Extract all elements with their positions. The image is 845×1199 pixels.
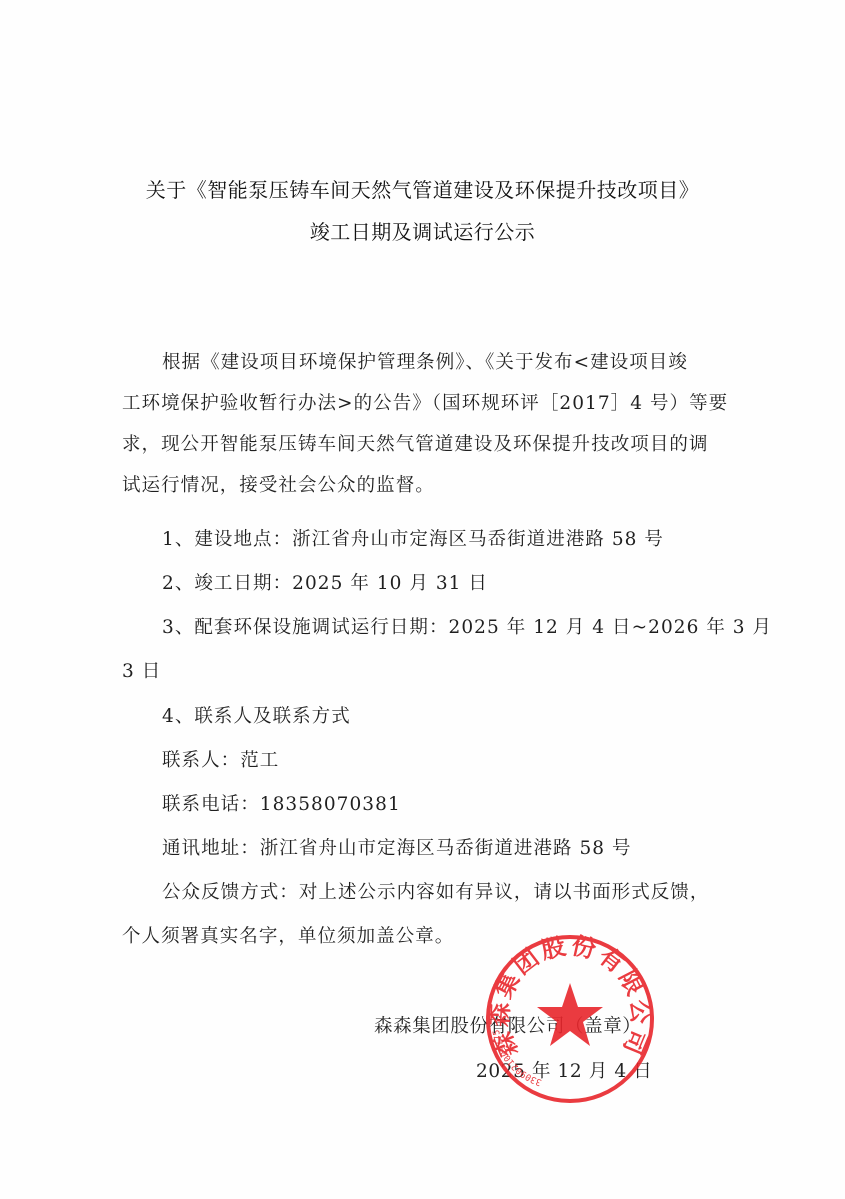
- intro-line-2: 工环境保护验收暂行办法>的公告》（国环规环评［2017］4 号）等要: [122, 389, 728, 415]
- contact-person: 联系人：范工: [162, 746, 279, 772]
- item-location: 1、建设地点：浙江省舟山市定海区马岙街道进港路 58 号: [162, 525, 664, 551]
- contact-phone: 联系电话：18358070381: [162, 790, 401, 816]
- item-trial-run-line-2: 3 日: [122, 657, 161, 683]
- contact-address: 通讯地址：浙江省舟山市定海区马岙街道进港路 58 号: [162, 834, 632, 860]
- feedback-line-1: 公众反馈方式：对上述公示内容如有异议，请以书面形式反馈，: [162, 878, 709, 904]
- contact-heading: 4、联系人及联系方式: [162, 702, 351, 728]
- document-title-line-1: 关于《智能泵压铸车间天然气管道建设及环保提升技改项目》: [0, 174, 845, 203]
- item-completion-date: 2、竣工日期：2025 年 10 月 31 日: [162, 569, 488, 595]
- intro-line-3: 求，现公开智能泵压铸车间天然气管道建设及环保提升技改项目的调: [122, 430, 709, 456]
- intro-line-4: 试运行情况，接受社会公众的监督。: [122, 471, 435, 497]
- document-title-line-2: 竣工日期及调试运行公示: [0, 216, 845, 245]
- intro-line-1: 根据《建设项目环境保护管理条例》、《关于发布<建设项目竣: [162, 348, 688, 374]
- document-page: 关于《智能泵压铸车间天然气管道建设及环保提升技改项目》 竣工日期及调试运行公示 …: [0, 0, 845, 1199]
- feedback-line-2: 个人须署真实名字，单位须加盖公章。: [122, 922, 454, 948]
- company-seal-icon: 森森集团股份有限公司 3309021009775: [484, 933, 656, 1105]
- item-trial-run-line-1: 3、配套环保设施调试运行日期：2025 年 12 月 4 日~2026 年 3 …: [162, 613, 772, 639]
